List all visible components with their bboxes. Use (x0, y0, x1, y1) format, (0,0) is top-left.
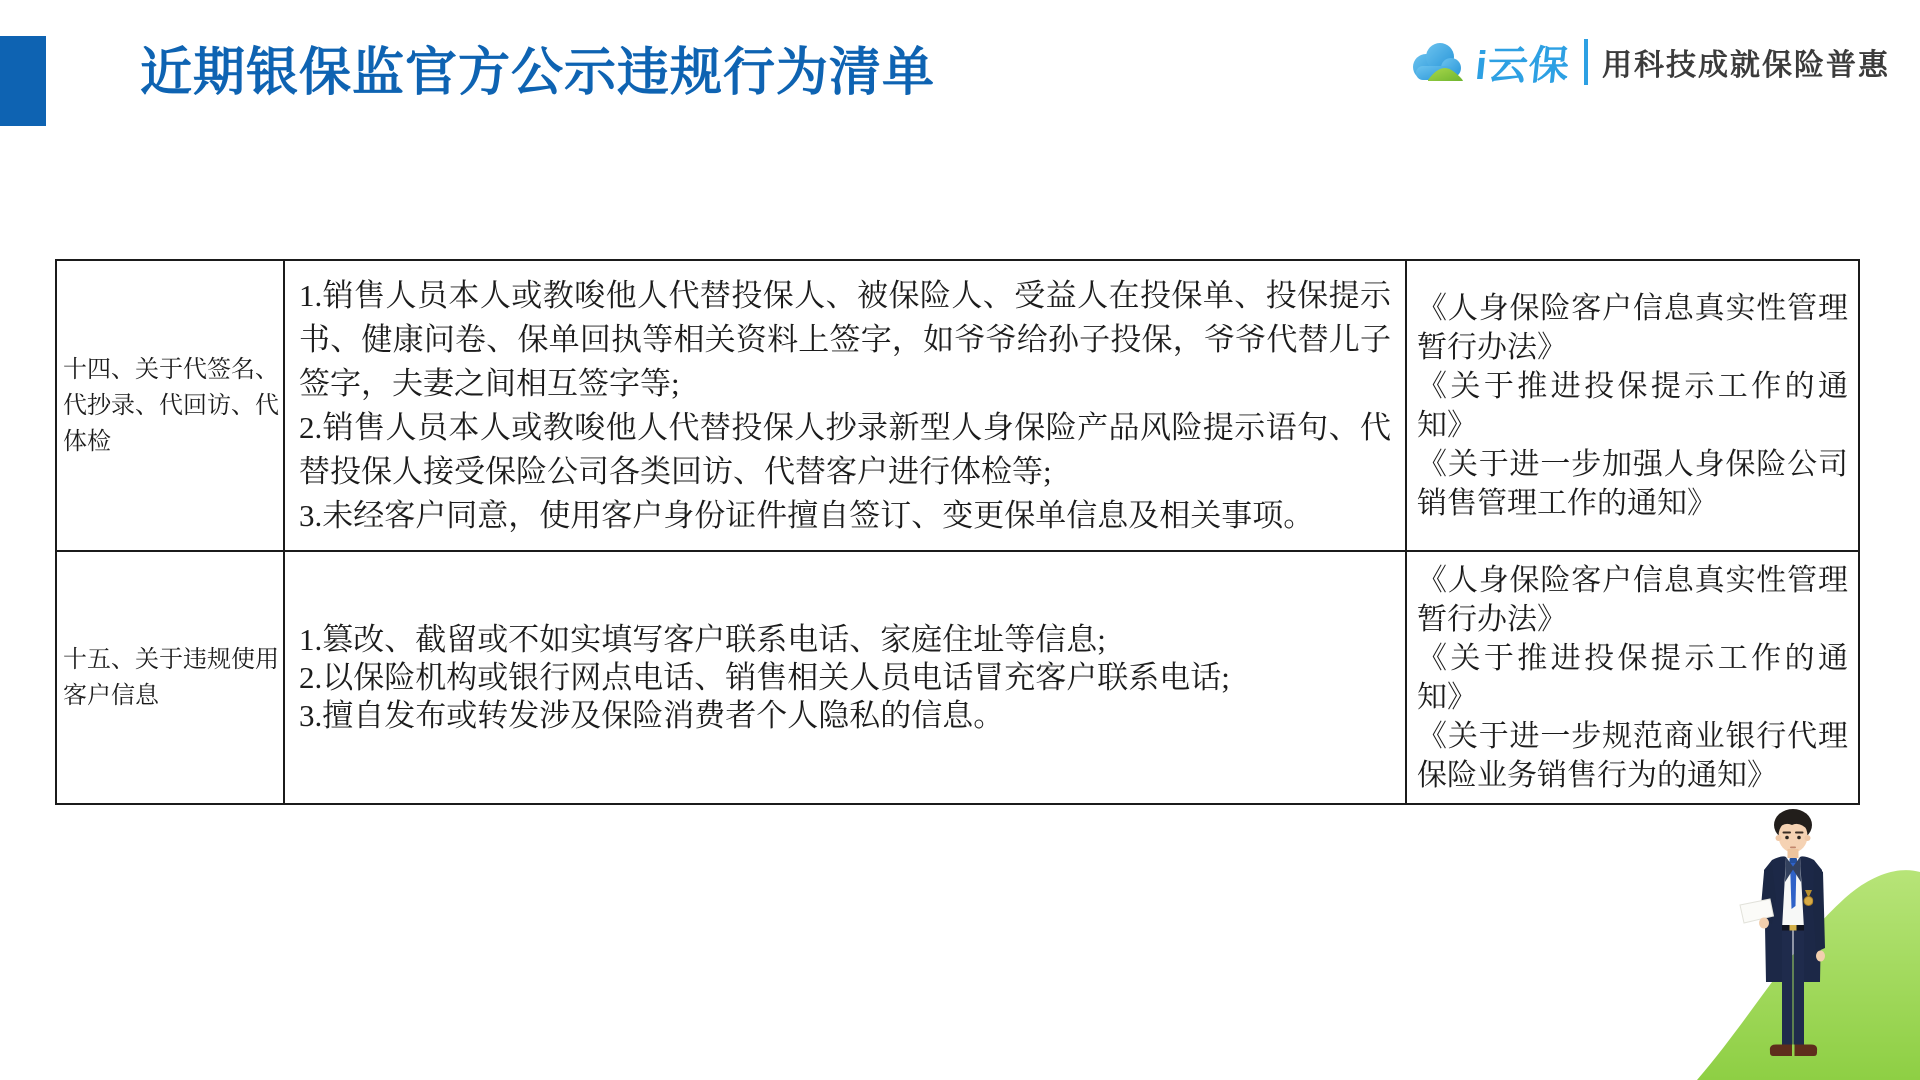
category-text: 十五、关于违规使用客户信息 (63, 642, 283, 714)
brand-name: i云保 (1473, 34, 1573, 91)
regulation-item: 《人身保险客户信息真实性管理暂行办法》 (1417, 561, 1848, 639)
regulations-cell: 《人身保险客户信息真实性管理暂行办法》 《关于推进投保提示工作的通知》 《关于进… (1407, 552, 1858, 803)
violations-cell: 1.销售人员本人或教唆他人代替投保人、被保险人、受益人在投保单、投保提示书、健康… (285, 261, 1407, 550)
category-cell: 十五、关于违规使用客户信息 (57, 552, 285, 803)
violation-item: 3.未经客户同意，使用客户身份证件擅自签订、变更保单信息及相关事项。 (299, 494, 1391, 538)
regulation-item: 《关于进一步规范商业银行代理保险业务销售行为的通知》 (1417, 717, 1848, 795)
accent-square (0, 36, 46, 126)
category-cell: 十四、关于代签名、代抄录、代回访、代体检 (57, 261, 285, 550)
violation-item: 1.篡改、截留或不如实填写客户联系电话、家庭住址等信息; (299, 621, 1391, 659)
regulation-item: 《关于推进投保提示工作的通知》 (1417, 367, 1848, 445)
violations-cell: 1.篡改、截留或不如实填写客户联系电话、家庭住址等信息; 2.以保险机构或银行网… (285, 552, 1407, 803)
category-text: 十四、关于代签名、代抄录、代回访、代体检 (63, 352, 283, 460)
regulation-item: 《关于进一步加强人身保险公司销售管理工作的通知》 (1417, 445, 1848, 523)
violation-item: 2.以保险机构或银行网点电话、销售相关人员电话冒充客户联系电话; (299, 659, 1391, 697)
businessman-illustration (1736, 806, 1851, 1060)
brand-logo: i云保 用科技成就保险普惠 (1406, 36, 1890, 88)
page-title: 近期银保监官方公示违规行为清单 (140, 30, 935, 105)
slide: 近期银保监官方公示违规行为清单 i云保 用科技成就保险普惠 十四、关于 (0, 0, 1920, 1080)
violation-item: 2.销售人员本人或教唆他人代替投保人抄录新型人身保险产品风险提示语句、代替投保人… (299, 406, 1391, 494)
regulation-item: 《人身保险客户信息真实性管理暂行办法》 (1417, 289, 1848, 367)
violations-table: 十四、关于代签名、代抄录、代回访、代体检 1.销售人员本人或教唆他人代替投保人、… (55, 259, 1860, 805)
table-row: 十四、关于代签名、代抄录、代回访、代体检 1.销售人员本人或教唆他人代替投保人、… (57, 261, 1858, 552)
violation-item: 1.销售人员本人或教唆他人代替投保人、被保险人、受益人在投保单、投保提示书、健康… (299, 274, 1391, 406)
regulations-cell: 《人身保险客户信息真实性管理暂行办法》 《关于推进投保提示工作的通知》 《关于进… (1407, 261, 1858, 550)
table-row: 十五、关于违规使用客户信息 1.篡改、截留或不如实填写客户联系电话、家庭住址等信… (57, 552, 1858, 803)
regulation-item: 《关于推进投保提示工作的通知》 (1417, 639, 1848, 717)
cloud-icon (1406, 40, 1466, 84)
brand-tagline: 用科技成就保险普惠 (1602, 40, 1890, 84)
logo-divider (1584, 39, 1588, 85)
violation-item: 3.擅自发布或转发涉及保险消费者个人隐私的信息。 (299, 697, 1391, 735)
